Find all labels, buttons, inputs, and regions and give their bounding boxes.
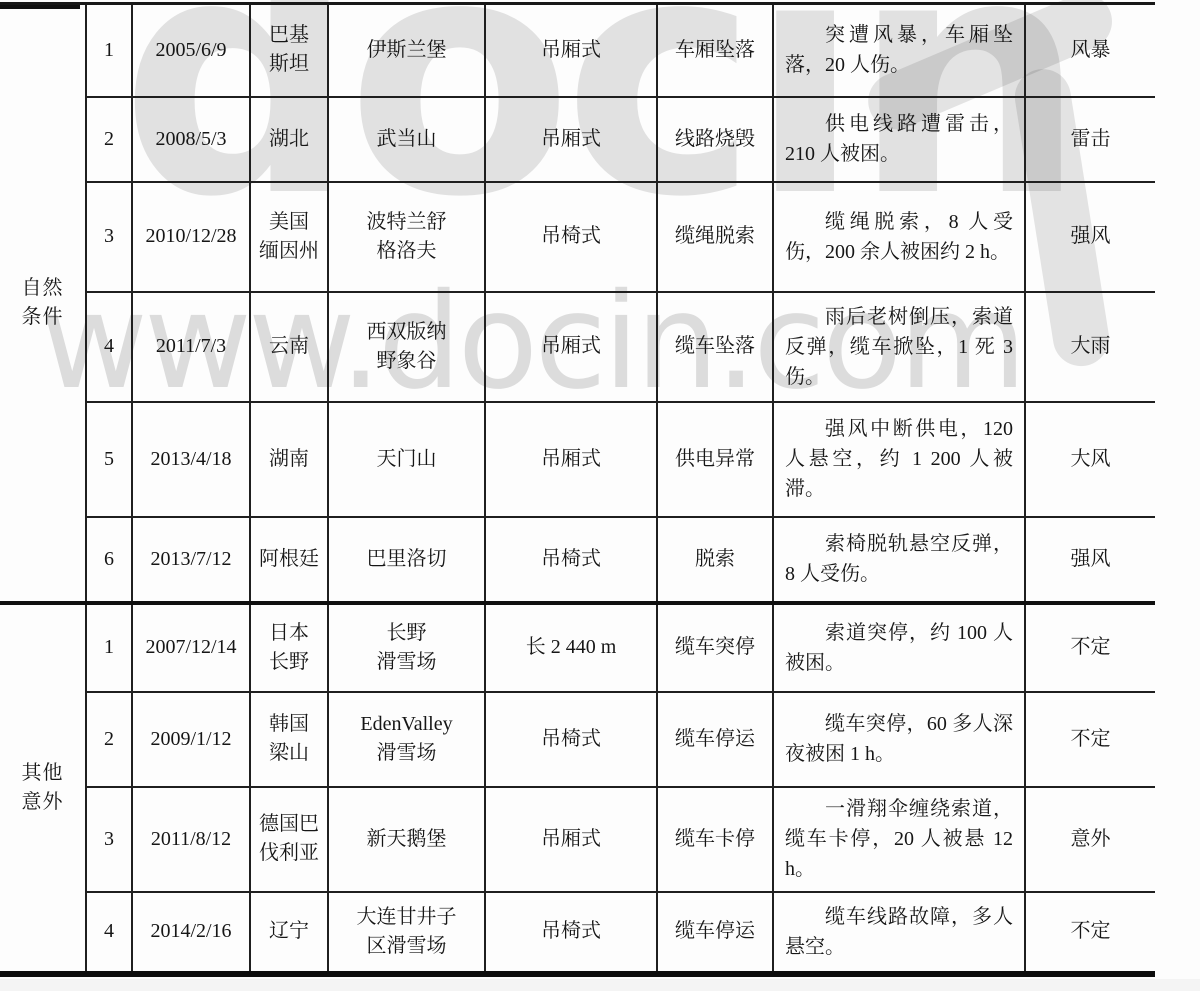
cause-cell: 不定 [1025, 892, 1155, 974]
row-number-cell: 5 [86, 402, 132, 517]
date-cell: 2008/5/3 [132, 97, 250, 182]
table-row: 32010/12/28美国 缅因州波特兰舒 格洛夫吊椅式缆绳脱索缆绳脱索，8 人… [0, 182, 1155, 292]
incident-cell: 缆车卡停 [657, 787, 773, 892]
category-cell: 自然 条件 [0, 4, 86, 603]
description-cell: 雨后老树倒压，索道反弹，缆车掀坠，1 死 3 伤。 [773, 292, 1025, 402]
cableway-accidents-table: 自然 条件12005/6/9巴基 斯坦伊斯兰堡吊厢式车厢坠落突遭风暴，车厢坠落，… [0, 2, 1155, 977]
row-number-cell: 6 [86, 517, 132, 603]
table-row: 42014/2/16辽宁大连甘井子 区滑雪场吊椅式缆车停运缆车线路故障，多人悬空… [0, 892, 1155, 974]
date-cell: 2009/1/12 [132, 692, 250, 787]
table-row: 62013/7/12阿根廷巴里洛切吊椅式脱索索椅脱轨悬空反弹，8 人受伤。强风 [0, 517, 1155, 603]
type-cell: 吊椅式 [485, 892, 657, 974]
site-cell: 巴里洛切 [328, 517, 485, 603]
incident-cell: 缆车停运 [657, 692, 773, 787]
site-cell: 长野 滑雪场 [328, 603, 485, 692]
date-cell: 2005/6/9 [132, 4, 250, 97]
table-row: 22009/1/12韩国 梁山EdenValley 滑雪场吊椅式缆车停运缆车突停… [0, 692, 1155, 787]
incident-cell: 车厢坠落 [657, 4, 773, 97]
table-row: 32011/8/12德国巴 伐利亚新天鹅堡吊厢式缆车卡停一滑翔伞缠绕索道，缆车卡… [0, 787, 1155, 892]
cause-cell: 不定 [1025, 692, 1155, 787]
date-cell: 2011/8/12 [132, 787, 250, 892]
row-number-cell: 2 [86, 97, 132, 182]
incident-cell: 供电异常 [657, 402, 773, 517]
row-number-cell: 3 [86, 787, 132, 892]
site-cell: 天门山 [328, 402, 485, 517]
type-cell: 吊厢式 [485, 402, 657, 517]
row-number-cell: 3 [86, 182, 132, 292]
top-left-border-remnant [0, 5, 80, 9]
site-cell: 大连甘井子 区滑雪场 [328, 892, 485, 974]
description-cell: 突遭风暴，车厢坠落，20 人伤。 [773, 4, 1025, 97]
row-number-cell: 1 [86, 4, 132, 97]
description-cell: 强风中断供电，120 人悬空，约 1 200 人被滞。 [773, 402, 1025, 517]
incident-cell: 脱索 [657, 517, 773, 603]
table-row: 42011/7/3云南西双版纳 野象谷吊厢式缆车坠落雨后老树倒压，索道反弹，缆车… [0, 292, 1155, 402]
table-row: 52013/4/18湖南天门山吊厢式供电异常强风中断供电，120 人悬空，约 1… [0, 402, 1155, 517]
cause-cell: 风暴 [1025, 4, 1155, 97]
type-cell: 吊厢式 [485, 292, 657, 402]
incident-cell: 缆绳脱索 [657, 182, 773, 292]
location-cell: 德国巴 伐利亚 [250, 787, 328, 892]
type-cell: 长 2 440 m [485, 603, 657, 692]
site-cell: 新天鹅堡 [328, 787, 485, 892]
cause-cell: 大雨 [1025, 292, 1155, 402]
description-cell: 索椅脱轨悬空反弹，8 人受伤。 [773, 517, 1025, 603]
location-cell: 韩国 梁山 [250, 692, 328, 787]
type-cell: 吊椅式 [485, 517, 657, 603]
location-cell: 湖北 [250, 97, 328, 182]
page-bottom-margin [0, 979, 1200, 991]
description-cell: 缆车线路故障，多人悬空。 [773, 892, 1025, 974]
date-cell: 2011/7/3 [132, 292, 250, 402]
row-number-cell: 4 [86, 892, 132, 974]
cause-cell: 强风 [1025, 182, 1155, 292]
cause-cell: 不定 [1025, 603, 1155, 692]
incident-cell: 线路烧毁 [657, 97, 773, 182]
site-cell: 西双版纳 野象谷 [328, 292, 485, 402]
cause-cell: 强风 [1025, 517, 1155, 603]
date-cell: 2013/4/18 [132, 402, 250, 517]
date-cell: 2007/12/14 [132, 603, 250, 692]
location-cell: 日本 长野 [250, 603, 328, 692]
location-cell: 巴基 斯坦 [250, 4, 328, 97]
date-cell: 2010/12/28 [132, 182, 250, 292]
site-cell: 武当山 [328, 97, 485, 182]
scanned-document-page: docin www.docin.com 自然 条件12005/6/9巴基 斯坦伊… [0, 0, 1200, 991]
incident-cell: 缆车坠落 [657, 292, 773, 402]
table-row: 22008/5/3湖北武当山吊厢式线路烧毁供电线路遭雷击，210 人被困。雷击 [0, 97, 1155, 182]
description-cell: 索道突停，约 100 人被困。 [773, 603, 1025, 692]
type-cell: 吊椅式 [485, 182, 657, 292]
type-cell: 吊厢式 [485, 787, 657, 892]
table-row: 其他 意外12007/12/14日本 长野长野 滑雪场长 2 440 m缆车突停… [0, 603, 1155, 692]
table-row: 自然 条件12005/6/9巴基 斯坦伊斯兰堡吊厢式车厢坠落突遭风暴，车厢坠落，… [0, 4, 1155, 97]
description-cell: 缆绳脱索，8 人受伤，200 余人被困约 2 h。 [773, 182, 1025, 292]
type-cell: 吊椅式 [485, 692, 657, 787]
type-cell: 吊厢式 [485, 4, 657, 97]
description-cell: 缆车突停，60 多人深夜被困 1 h。 [773, 692, 1025, 787]
row-number-cell: 2 [86, 692, 132, 787]
cause-cell: 雷击 [1025, 97, 1155, 182]
site-cell: 波特兰舒 格洛夫 [328, 182, 485, 292]
type-cell: 吊厢式 [485, 97, 657, 182]
location-cell: 美国 缅因州 [250, 182, 328, 292]
category-cell: 其他 意外 [0, 603, 86, 974]
row-number-cell: 4 [86, 292, 132, 402]
cause-cell: 意外 [1025, 787, 1155, 892]
incident-cell: 缆车突停 [657, 603, 773, 692]
description-cell: 一滑翔伞缠绕索道，缆车卡停，20 人被悬 12 h。 [773, 787, 1025, 892]
location-cell: 辽宁 [250, 892, 328, 974]
incident-cell: 缆车停运 [657, 892, 773, 974]
date-cell: 2014/2/16 [132, 892, 250, 974]
location-cell: 云南 [250, 292, 328, 402]
site-cell: EdenValley 滑雪场 [328, 692, 485, 787]
description-cell: 供电线路遭雷击，210 人被困。 [773, 97, 1025, 182]
cause-cell: 大风 [1025, 402, 1155, 517]
location-cell: 阿根廷 [250, 517, 328, 603]
date-cell: 2013/7/12 [132, 517, 250, 603]
location-cell: 湖南 [250, 402, 328, 517]
site-cell: 伊斯兰堡 [328, 4, 485, 97]
row-number-cell: 1 [86, 603, 132, 692]
